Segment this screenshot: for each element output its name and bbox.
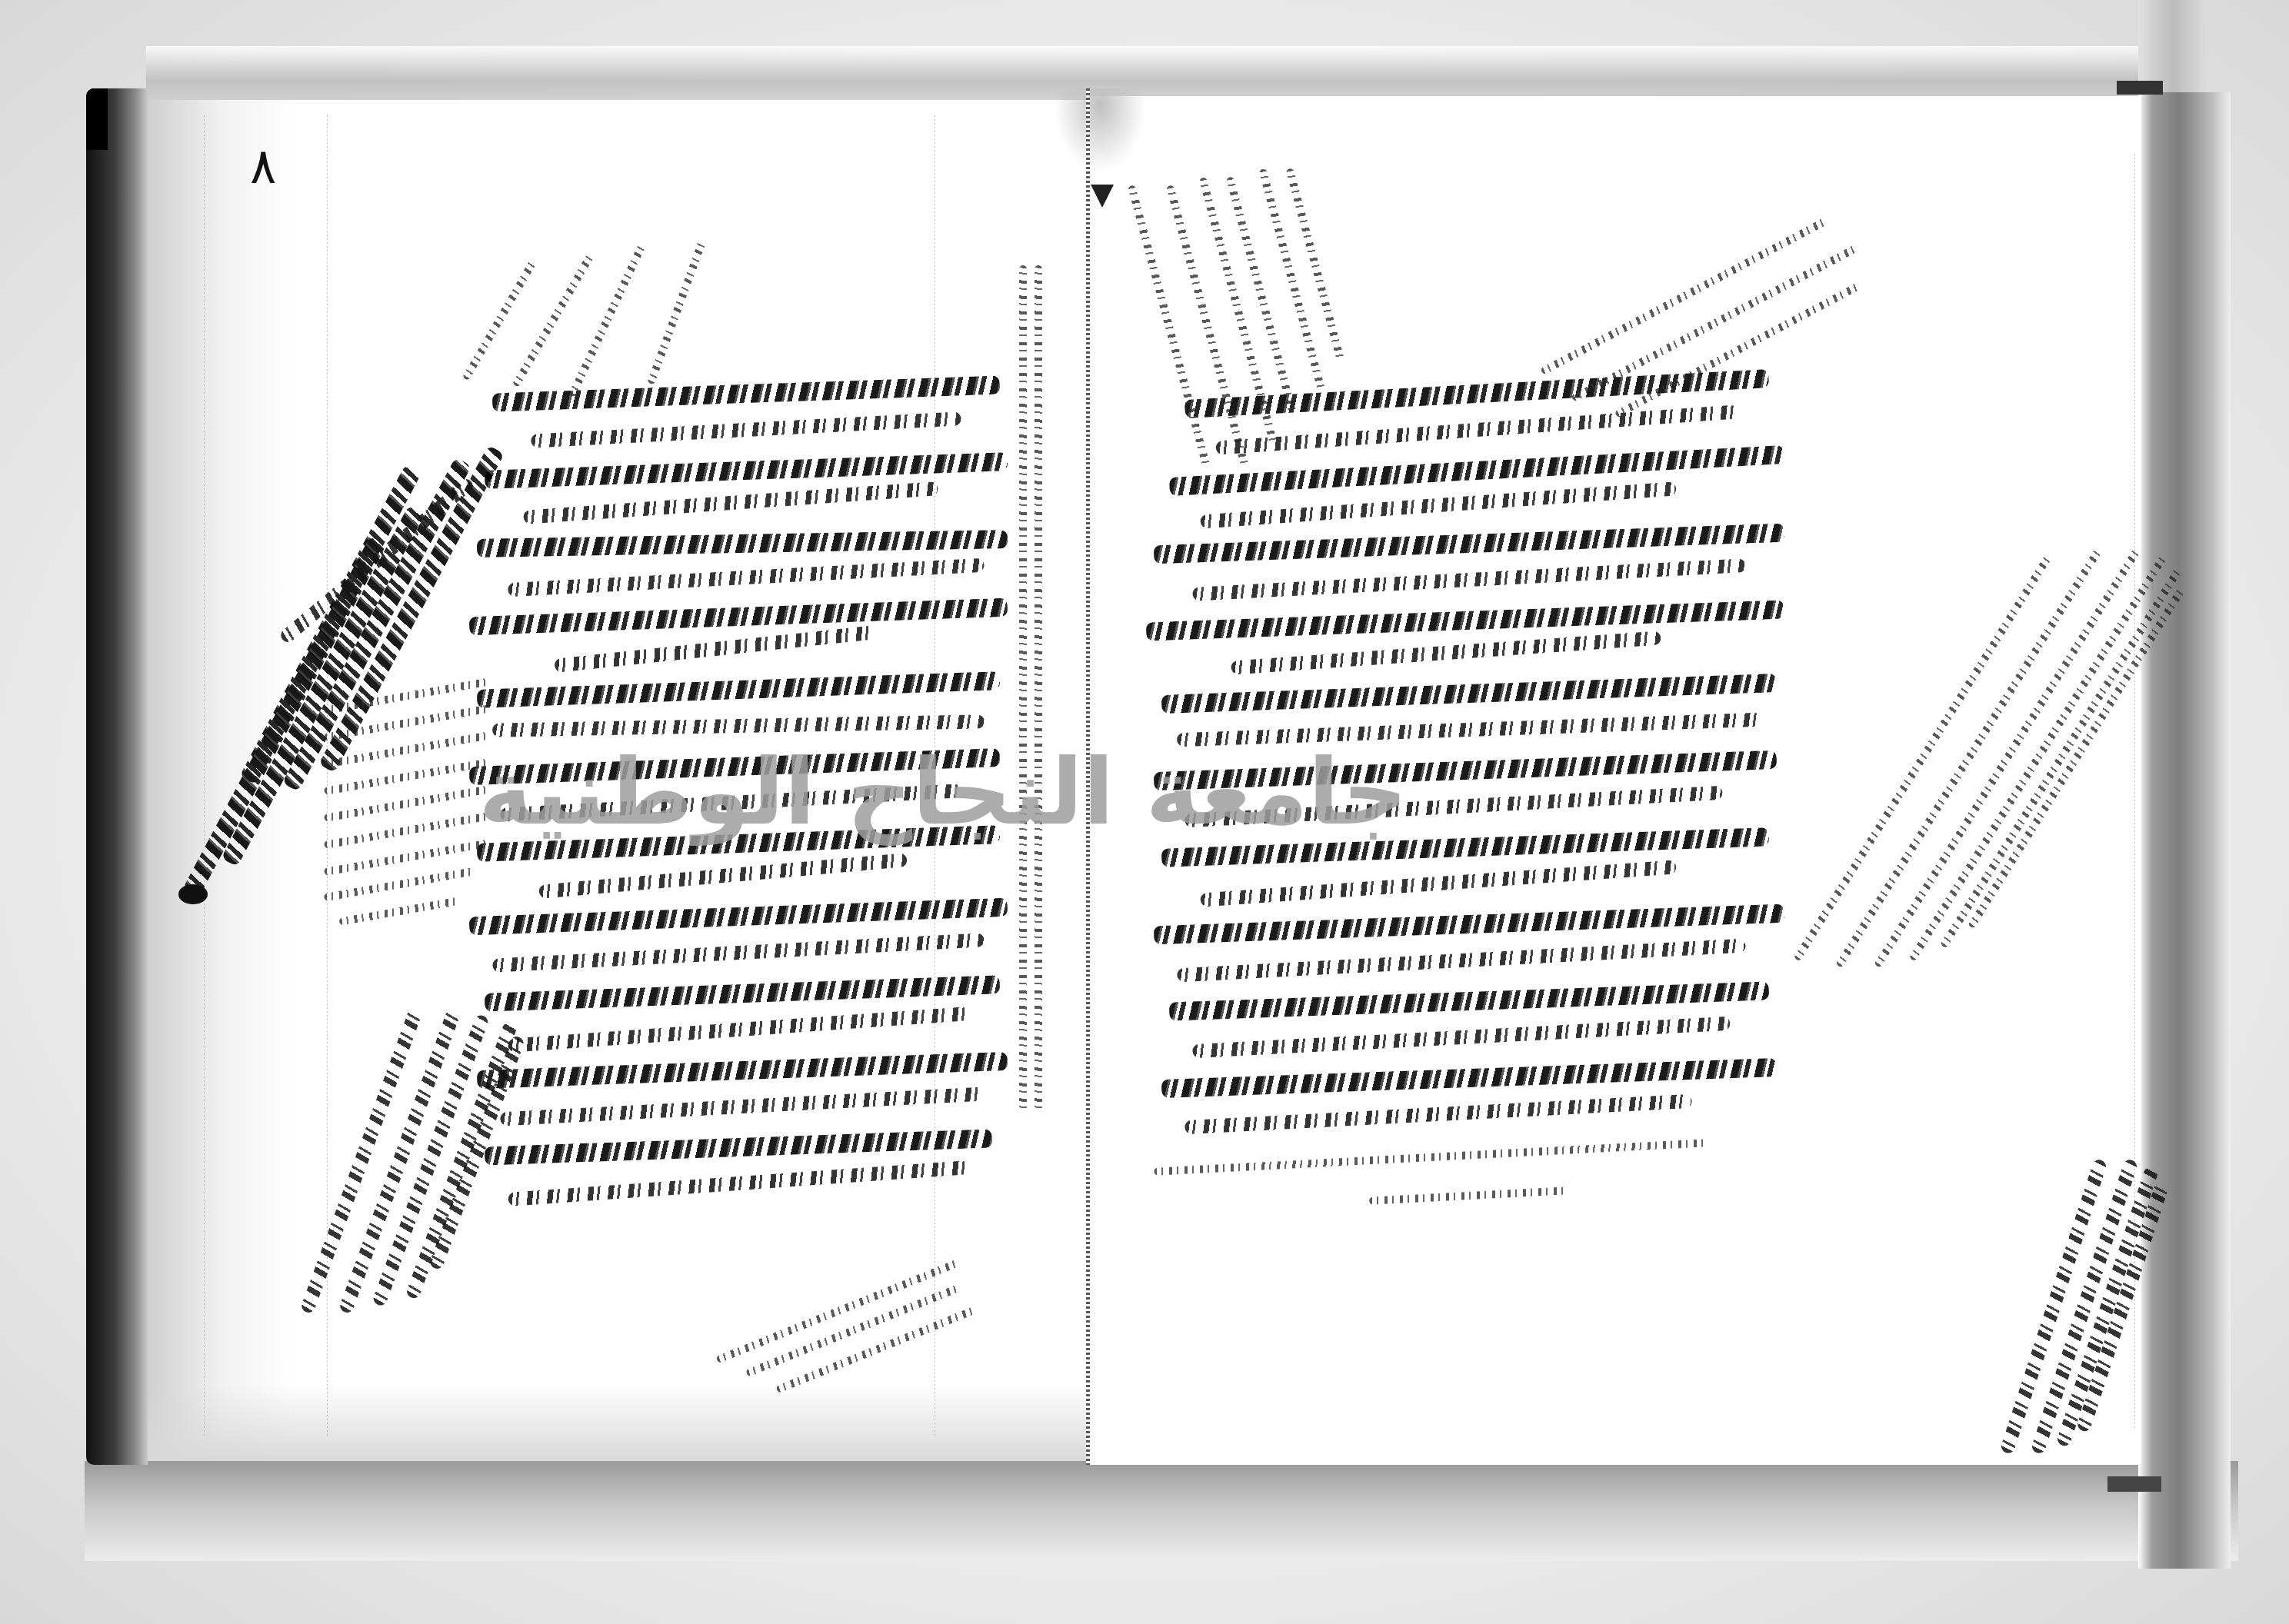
text-line: [1019, 265, 1027, 1111]
text-line: [500, 1087, 985, 1126]
left-bottom-diagonal-notes: [708, 1253, 1000, 1376]
page-number: ٨: [250, 142, 276, 191]
text-line: [1035, 265, 1042, 1111]
text-line: [538, 853, 908, 899]
text-line: [469, 898, 1008, 935]
text-line: [469, 598, 1008, 635]
text-line: [1286, 168, 1345, 363]
top-edge-shadow: [146, 46, 2146, 104]
right-bottom-corner-notes: [2007, 1146, 2138, 1469]
left-page-bottom-shade: [148, 1384, 1088, 1461]
text-line: [1874, 547, 2141, 968]
text-line: [477, 671, 1000, 708]
text-line: [1231, 631, 1661, 674]
text-line: [485, 975, 1000, 1011]
text-line: [554, 625, 877, 673]
text-line: [508, 1007, 969, 1053]
university-watermark: جامعة النجاح الوطنية: [854, 738, 1408, 847]
text-line: [1614, 281, 1863, 418]
binding-tab-bottom: [2107, 1476, 2161, 1492]
text-line: [1128, 185, 1211, 469]
text-line: [1177, 939, 1746, 983]
text-line: [324, 867, 477, 902]
left-bottom-margin-notes: [231, 1000, 485, 1384]
right-top-vertical-notes: [1115, 169, 1361, 569]
text-line: [1200, 860, 1677, 907]
text-line: [1154, 1139, 1708, 1176]
text-line: [1192, 1017, 1731, 1059]
text-line: [1161, 674, 1777, 714]
text-line: [1793, 553, 2052, 961]
text-line: [477, 1052, 1008, 1089]
text-line: [508, 1160, 969, 1206]
text-line: [492, 933, 985, 972]
text-line: [716, 1259, 961, 1364]
text-line: [485, 1129, 992, 1165]
text-line: [1161, 1058, 1777, 1098]
text-line: [477, 530, 1008, 557]
left-top-notes: [431, 246, 892, 415]
text-line: [1369, 1186, 1569, 1205]
left-cover-edge: [86, 88, 148, 1465]
binding-tab-top: [2117, 81, 2163, 95]
text-line: [647, 238, 707, 384]
text-line: [1154, 904, 1784, 945]
text-line: [492, 714, 985, 737]
right-binding-edge: [2138, 92, 2231, 1569]
right-top-diagonal-notes: [1523, 200, 1923, 400]
text-line: [338, 897, 461, 926]
text-line: [1571, 244, 1860, 402]
text-line: [1146, 601, 1784, 641]
text-line: [1908, 553, 2167, 961]
left-gutter-notes: [1015, 254, 1069, 1138]
text-line: [1169, 981, 1769, 1020]
spine-smudge: [1054, 88, 1146, 173]
text-line: [1184, 1094, 1692, 1135]
text-line: [1540, 217, 1829, 375]
text-line: [523, 481, 938, 524]
ink-blot: [178, 884, 208, 904]
bottom-edge-shadow: [85, 1461, 2238, 1561]
text-line: [531, 411, 961, 448]
text-line: [508, 558, 985, 597]
right-margin-diagonal-notes: [1731, 431, 2131, 1123]
left-cover-corner: [86, 88, 108, 150]
text-line: [1166, 185, 1249, 469]
